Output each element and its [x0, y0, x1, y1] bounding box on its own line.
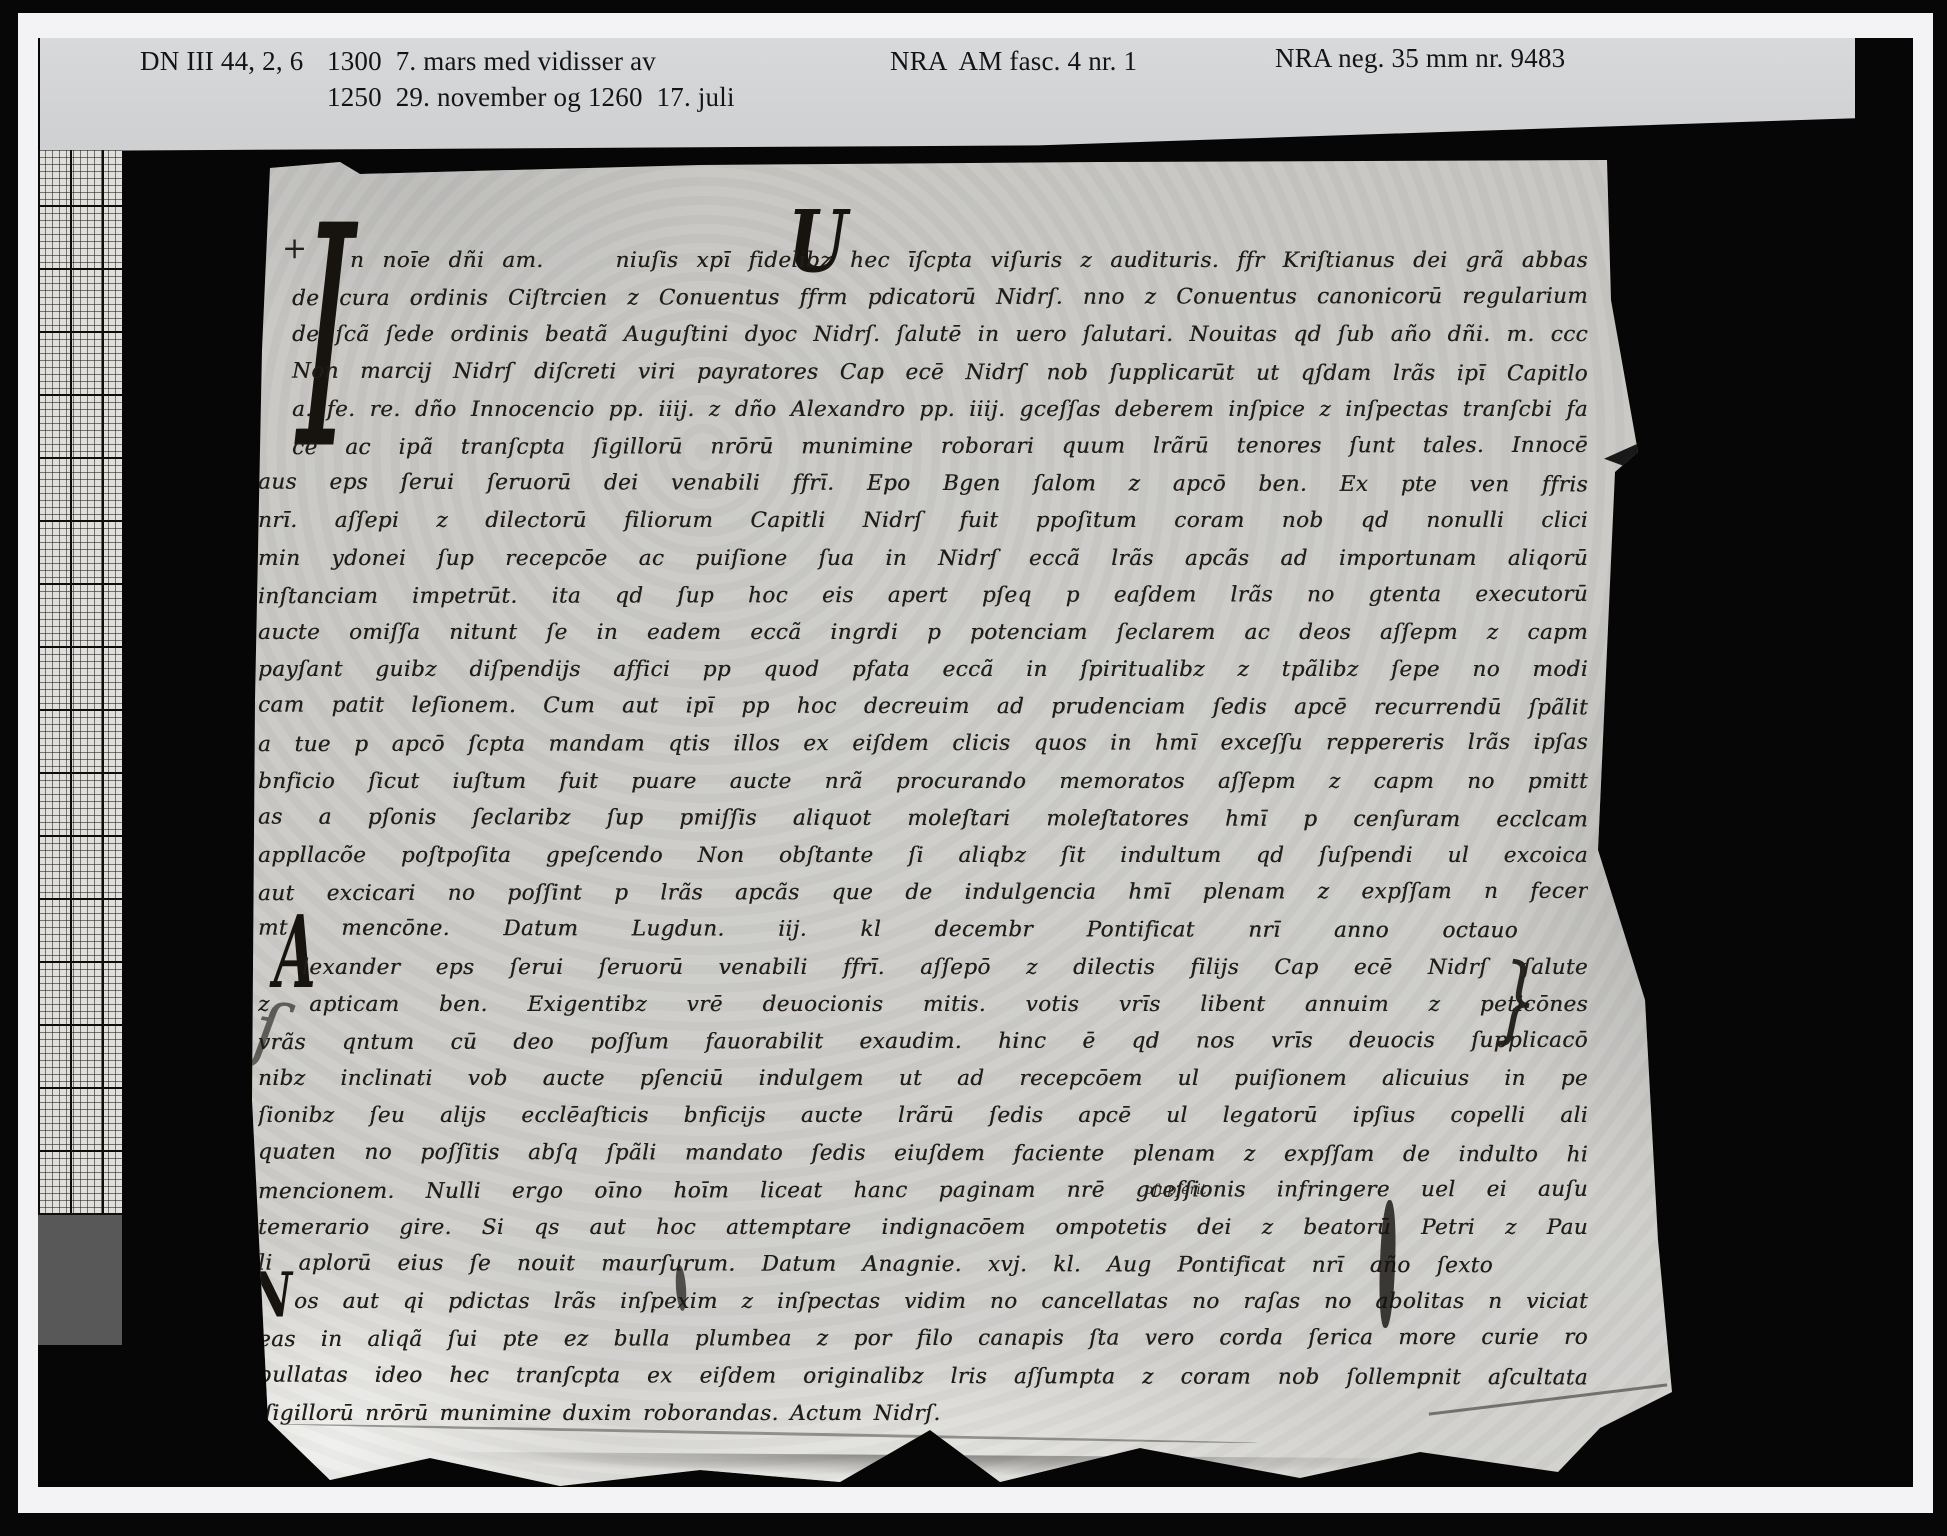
- manuscript-line: appllacõe poſtpoſita gpeſcendo Non obſta…: [258, 837, 1588, 874]
- archive-header-strip: DN III 44, 2, 6 1300 7. mars med vidisse…: [40, 38, 1855, 151]
- manuscript-line: Non marcij Nidrſ diſcreti viri payratore…: [258, 352, 1588, 392]
- manuscript-line: min ydonei ſup recepcōe ac puiſione ſua …: [258, 540, 1588, 577]
- date-line-1: 1300 7. mars med vidisser av: [327, 46, 656, 77]
- manuscript-line: inſtanciam impetrūt. ita qd ſup hoc eis …: [258, 576, 1588, 616]
- manuscript-line: lexander eps ſerui ſeruorū venabili ffrī…: [258, 949, 1588, 986]
- manuscript-line: de ſcã ſede ordinis beatã Auguſtini dyoc…: [258, 316, 1588, 353]
- manuscript-line: as a pſonis ſeclaribz ſup pmiſſis aliquo…: [258, 798, 1588, 838]
- millimeter-grid-ruler: [38, 150, 122, 1215]
- manuscript-line: de cura ordinis Ciſtrcien z Conuentus ff…: [258, 278, 1588, 318]
- manuscript-line: payſant guibz diſpendijs affici pp quod …: [258, 651, 1588, 688]
- manuscript-line: ce ac ipã tranſcpta ſigillorū nrōrū muni…: [258, 427, 1588, 467]
- fascicle-reference: NRA AM fasc. 4 nr. 1: [890, 46, 1137, 77]
- manuscript-line: ſionibz ſeu alijs ecclēaſticis bnficijs …: [258, 1097, 1588, 1134]
- manuscript-line: quaten no poſſitis abſq ſpãli mandato ſe…: [258, 1133, 1588, 1173]
- manuscript-line: vrãs qntum cū deo poſſum fauorabilit exa…: [258, 1022, 1588, 1062]
- manuscript-line: aut excicari no poſſint p lrãs apcãs que…: [258, 873, 1588, 913]
- manuscript-line: z apticam ben. Exigentibz vrē deuocionis…: [258, 986, 1588, 1023]
- manuscript-line: n noīe dñi am.niuſis xpī fidelibz hec īſ…: [258, 242, 1588, 279]
- parchment-charter: I U A N + } ſ pſupſerit n noīe dñi am.ni…: [248, 160, 1672, 1487]
- manuscript-line: nibz inclinati vob aucte pſenciū indulge…: [258, 1060, 1588, 1097]
- negative-reference: NRA neg. 35 mm nr. 9483: [1275, 43, 1565, 74]
- fold-shadow: [308, 1451, 1548, 1486]
- manuscript-line: bnficio ſicut iuſtum fuit puare aucte nr…: [258, 763, 1588, 800]
- date-line-2: 1250 29. november og 1260 17. juli: [327, 82, 735, 113]
- manuscript-line: cam patit leſionem. Cum aut ipī pp hoc d…: [258, 687, 1588, 727]
- line1-after-initial: niuſis xpī fidelibz hec īſcpta viſuris z…: [615, 248, 1588, 273]
- manuscript-line: a tue p apcō ſcpta mandam qtis illos ex …: [258, 724, 1588, 764]
- manuscript-line: aus eps ſerui ſeruorū dei venabili ffrī.…: [258, 464, 1588, 504]
- manuscript-line: bullatas ideo hec tranſcpta ex eiſdem or…: [258, 1356, 1588, 1396]
- line1-before-initial: n noīe dñi am.: [350, 248, 543, 273]
- manuscript-line: a. fe. re. dño Innocencio pp. iiij. z dñ…: [258, 391, 1588, 428]
- manuscript-line: nrī. aſſepi z dilectorū filiorum Capitli…: [258, 502, 1588, 539]
- manuscript-line: mt mencōne. Datum Lugdun. iij. kl decemb…: [258, 910, 1588, 950]
- manuscript-line: aucte omiſſa nitunt ſe in eadem eccã ing…: [258, 614, 1588, 651]
- gray-calibration-patch: [38, 1215, 122, 1345]
- edge-tear: [1604, 440, 1646, 474]
- archive-reference: DN III 44, 2, 6: [140, 46, 303, 77]
- manuscript-line: eas in aliqã ſui pte ez bulla plumbea z …: [258, 1319, 1588, 1359]
- photo-field: DN III 44, 2, 6 1300 7. mars med vidisse…: [38, 38, 1913, 1487]
- archival-photograph-page: DN III 44, 2, 6 1300 7. mars med vidisse…: [0, 0, 1947, 1536]
